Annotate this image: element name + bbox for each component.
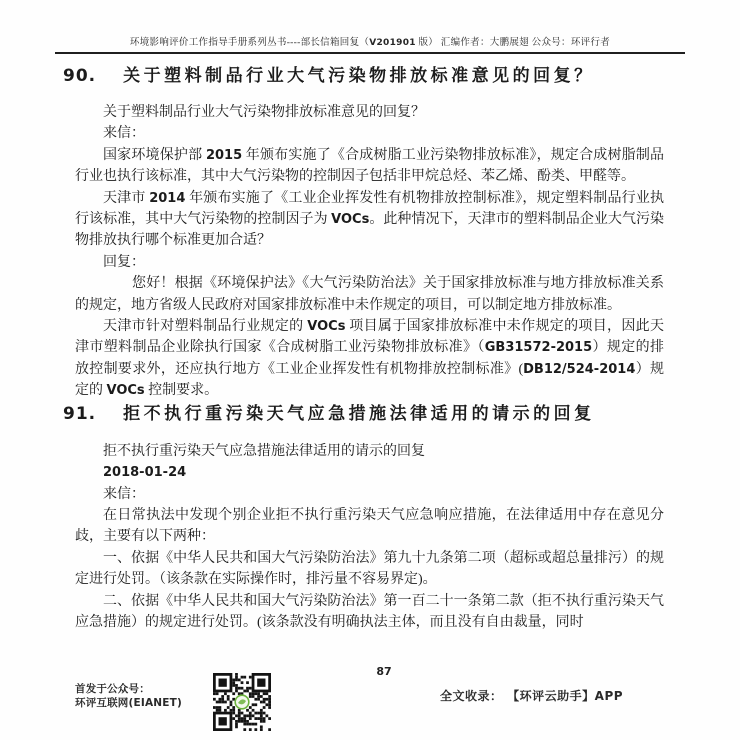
section-91-number: 91.	[63, 404, 96, 424]
body-paragraph: 国家环境保护部 2015 年颁布实施了《合成树脂工业污染物排放标准》，规定合成树…	[75, 145, 664, 188]
document-body: 90.关于塑料制品行业大气污染物排放标准意见的回复？ 关于塑料制品行业大气污染物…	[75, 64, 664, 633]
footer-publisher: 首发于公众号： 环评互联网(EIANET)	[75, 682, 182, 710]
letter-label: 来信：	[75, 484, 664, 505]
body-paragraph: 您好！根据《环境保护法》《大气污染防治法》关于国家排放标准与地方排放标准关系的规…	[75, 273, 664, 316]
reply-date: 2018-01-24	[75, 462, 664, 483]
page-number: 87	[14, 665, 740, 678]
section-91-heading: 91.拒不执行重污染天气应急措施法律适用的请示的回复	[63, 402, 664, 427]
footer-publisher-line2: 环评互联网(EIANET)	[75, 696, 182, 710]
body-paragraph: 一、依据《中华人民共和国大气污染防治法》第九十九条第二项（超标或超总量排污）的规…	[75, 548, 664, 591]
body-paragraph: 天津市 2014 年颁布实施了《工业企业挥发性有机物排放控制标准》，规定塑料制品…	[75, 188, 664, 252]
section-90-number: 90.	[63, 66, 96, 86]
section-91-subtitle: 拒不执行重污染天气应急措施法律适用的请示的回复	[75, 441, 664, 462]
letter-label: 来信：	[75, 123, 664, 144]
document-page: 环境影响评价工作指导手册系列丛书----部长信箱回复（V201901 版） 汇编…	[0, 0, 740, 740]
section-91-title: 拒不执行重污染天气应急措施法律适用的请示的回复	[123, 404, 595, 424]
page-header-text: 环境影响评价工作指导手册系列丛书----部长信箱回复（V201901 版） 汇编…	[55, 37, 685, 54]
section-90-subtitle: 关于塑料制品行业大气污染物排放标准意见的回复？	[75, 102, 664, 123]
body-paragraph: 天津市针对塑料制品行业规定的 VOCs 项目属于国家排放标准中未作规定的项目，因…	[75, 316, 664, 402]
body-paragraph: 二、依据《中华人民共和国大气污染防治法》第一百二十一条第二款（拒不执行重污染天气…	[75, 591, 664, 634]
page-footer: 87 首发于公众号： 环评互联网(EIANET) 全文收录： 【环评云助手】AP…	[0, 660, 740, 740]
footer-publisher-line1: 首发于公众号：	[75, 682, 182, 696]
section-90-title: 关于塑料制品行业大气污染物排放标准意见的回复？	[123, 66, 595, 86]
reply-label: 回复：	[75, 252, 664, 273]
section-90-heading: 90.关于塑料制品行业大气污染物排放标准意见的回复？	[63, 64, 664, 89]
qr-code-icon	[213, 673, 271, 731]
body-paragraph: 在日常执法中发现个别企业拒不执行重污染天气应急响应措施，在法律适用中存在意见分歧…	[75, 505, 664, 548]
footer-app-note: 全文收录： 【环评云助手】APP	[440, 687, 623, 704]
